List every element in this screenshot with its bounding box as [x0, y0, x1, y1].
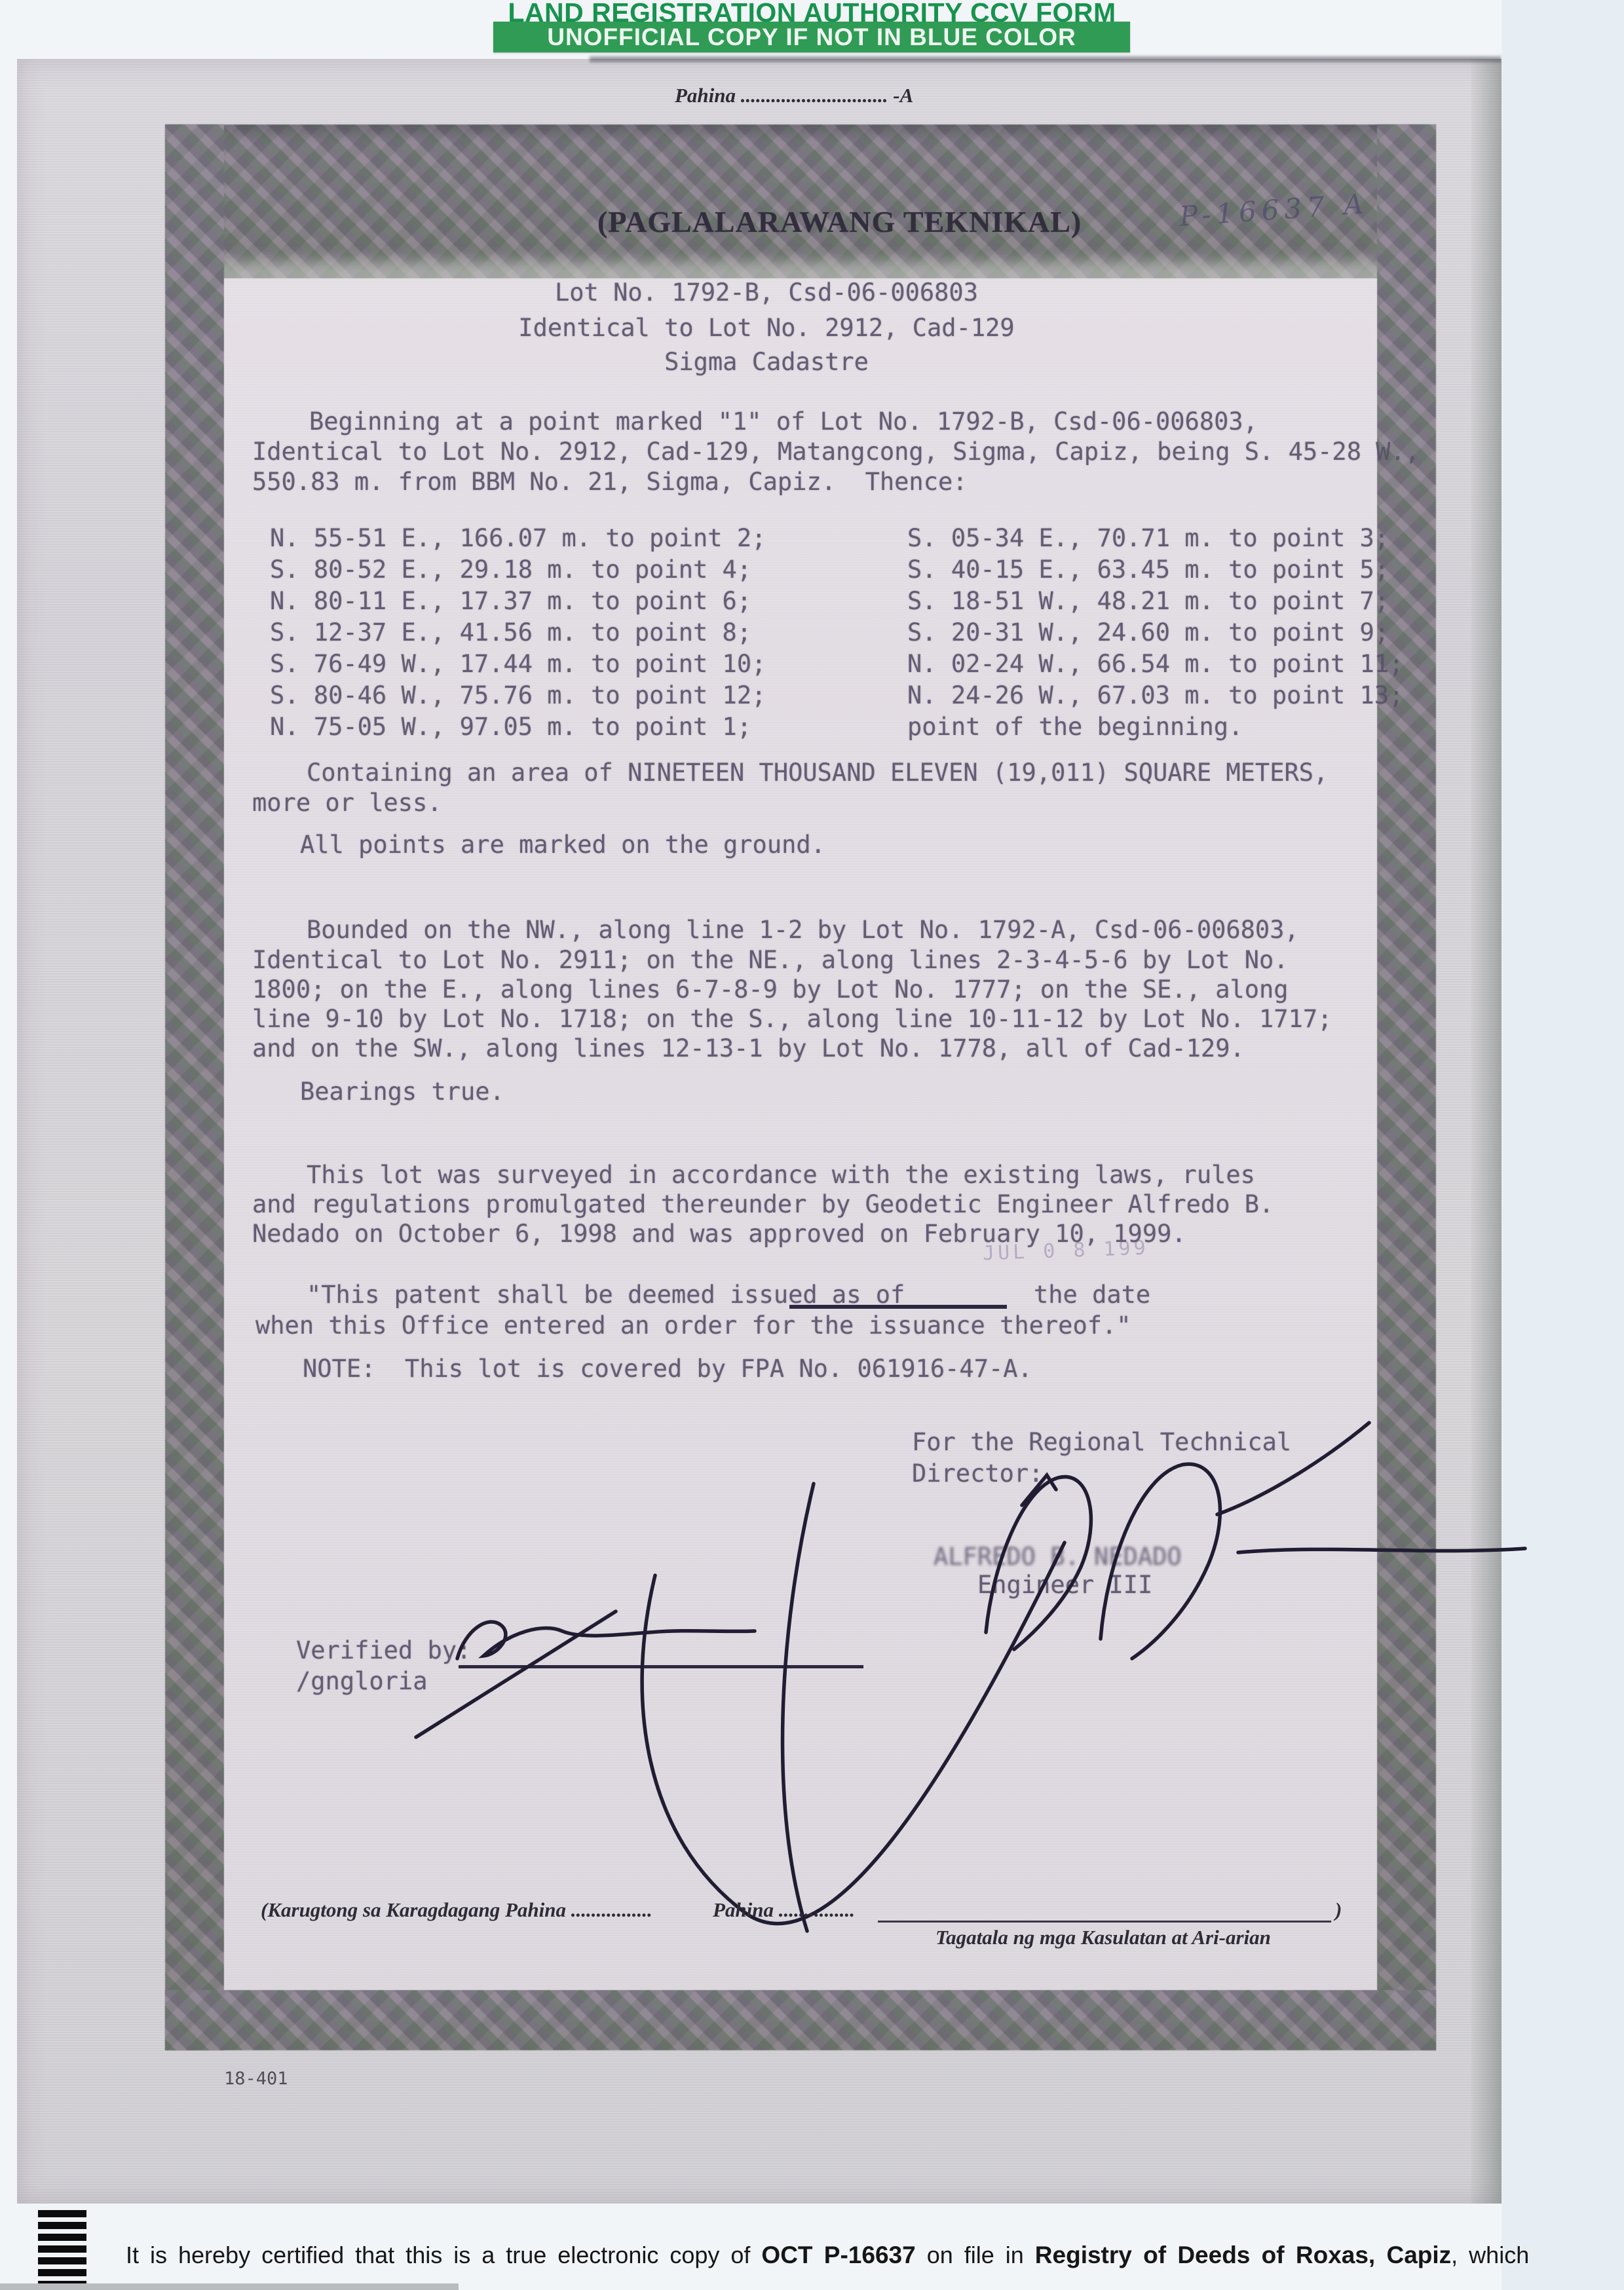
cadastre-line: Sigma Cadastre	[255, 348, 1277, 376]
certification-text: It is hereby certified that this is a tr…	[126, 2242, 761, 2268]
intro-line: 550.83 m. from BBM No. 21, Sigma, Capiz.…	[252, 468, 968, 496]
points-marked-line: All points are marked on the ground.	[300, 831, 825, 859]
identical-lot-line: Identical to Lot No. 2912, Cad-129	[255, 314, 1277, 342]
signature-stroke	[1217, 1423, 1369, 1514]
survey-line: This lot was surveyed in accordance with…	[307, 1161, 1255, 1189]
certification-text: , which	[1451, 2242, 1529, 2268]
signature-stroke	[1238, 1549, 1525, 1552]
registry-name: Registry of Deeds of Roxas, Capiz	[1035, 2242, 1451, 2268]
bearing-row: N. 24-26 W., 67.03 m. to point 13;	[907, 681, 1403, 709]
lot-number-line: Lot No. 1792-B, Csd-06-006803	[255, 278, 1277, 307]
scan-artifact-streak	[590, 56, 1501, 62]
bearing-row: point of the beginning.	[907, 713, 1243, 741]
bearing-row: N. 75-05 W., 97.05 m. to point 1;	[270, 713, 751, 741]
signature-stroke	[1101, 1464, 1220, 1659]
intro-line: Identical to Lot No. 2912, Cad-129, Mata…	[252, 438, 1420, 466]
karugtong-line: (Karugtong sa Karagdagang Pahina .......…	[261, 1898, 652, 1922]
certification-text: on file in	[916, 2242, 1035, 2268]
bounded-line: Bounded on the NW., along line 1-2 by Lo…	[307, 916, 1299, 944]
bearing-row: N. 80-11 E., 17.37 m. to point 6;	[270, 587, 751, 615]
bounded-line: line 9-10 by Lot No. 1718; on the S., al…	[252, 1005, 1332, 1033]
bounded-line: 1800; on the E., along lines 6-7-8-9 by …	[252, 975, 1289, 1004]
bottom-edge-strip	[0, 2283, 459, 2290]
area-line: Containing an area of NINETEEN THOUSAND …	[307, 759, 1328, 787]
certification-line: It is hereby certified that this is a tr…	[126, 2242, 1608, 2269]
verifier-signature	[457, 1622, 755, 1659]
signature-flourish	[783, 1484, 814, 1931]
document-title: (PAGLALARAWANG TEKNIKAL)	[597, 204, 1082, 239]
bearing-row: N. 02-24 W., 66.54 m. to point 11;	[907, 650, 1403, 678]
pahina-line: Pahina ............................. -A	[675, 84, 913, 107]
signature-ink	[249, 1415, 1559, 1965]
signature-stroke	[986, 1477, 1091, 1649]
intro-line: Beginning at a point marked "1" of Lot N…	[309, 407, 1258, 436]
bearing-row: S. 12-37 E., 41.56 m. to point 8;	[270, 618, 751, 647]
bearing-row: N. 55-51 E., 166.07 m. to point 2;	[270, 524, 766, 552]
ornate-border-left	[165, 124, 224, 2050]
bearing-row: S. 18-51 W., 48.21 m. to point 7;	[907, 587, 1389, 615]
footer-blank-line	[878, 1921, 1331, 1923]
bounded-line: Identical to Lot No. 2911; on the NE., a…	[252, 946, 1289, 974]
tagatala-line: Tagatala ng mga Kasulatan at Ari-arian	[935, 1926, 1271, 1949]
bearing-row: S. 76-49 W., 17.44 m. to point 10;	[270, 650, 766, 678]
bearing-row: S. 80-52 E., 29.18 m. to point 4;	[270, 555, 751, 584]
note-line: NOTE: This lot is covered by FPA No. 061…	[303, 1355, 1032, 1383]
area-line: more or less.	[252, 789, 442, 817]
bearing-row: S. 40-15 E., 63.45 m. to point 5;	[907, 555, 1389, 584]
blank-date-line	[789, 1305, 1007, 1309]
bearings-true-line: Bearings true.	[300, 1078, 504, 1106]
bearing-row: S. 20-31 W., 24.60 m. to point 9;	[907, 618, 1389, 647]
form-number: 18-401	[224, 2069, 288, 2089]
verifier-signature	[416, 1611, 616, 1737]
karugtong-close-paren: )	[1335, 1898, 1342, 1922]
ornate-border-bottom	[165, 1990, 1436, 2050]
bearing-row: S. 05-34 E., 70.71 m. to point 3;	[907, 524, 1389, 552]
karugtong-pahina: Pahina ...............	[713, 1898, 855, 1922]
unofficial-copy-banner: UNOFFICIAL COPY IF NOT IN BLUE COLOR	[493, 22, 1130, 52]
survey-line: and regulations promulgated thereunder b…	[252, 1190, 1274, 1218]
patent-clause-line: when this Office entered an order for th…	[255, 1311, 1131, 1340]
oct-number: OCT P-16637	[761, 2242, 915, 2268]
signature-flourish	[642, 1543, 1065, 1924]
bearing-row: S. 80-46 W., 75.76 m. to point 12;	[270, 681, 766, 709]
bounded-line: and on the SW., along lines 12-13-1 by L…	[252, 1034, 1245, 1062]
barcode	[38, 2210, 86, 2289]
patent-clause-line: the date	[1034, 1281, 1150, 1309]
